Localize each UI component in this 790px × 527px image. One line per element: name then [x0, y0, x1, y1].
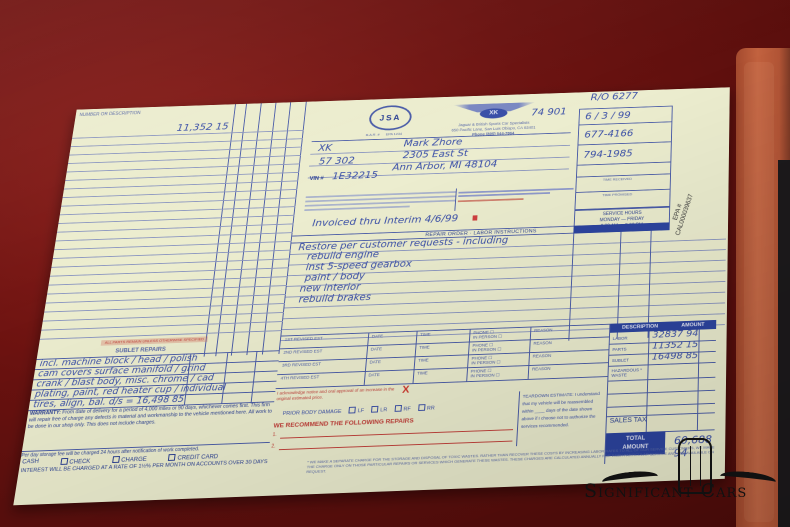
- estimate-authorization-box: [454, 184, 575, 211]
- parts-label: PARTS: [612, 347, 626, 352]
- sublet-repairs: ALL PARTS REMAIN UNLESS OTHERWISE SPECIF…: [28, 334, 281, 411]
- significant-cars-watermark: Significant Cars: [580, 464, 790, 524]
- sublet-amount: 16498 85: [652, 351, 698, 363]
- ledger-header: NUMBER OR DESCRIPTION: [79, 107, 246, 118]
- revised-estimates: 1ST REVISED EST DATE TIME PHONE ☐ IN PER…: [276, 324, 610, 389]
- in-person-checkbox[interactable]: IN PERSON ☐: [472, 347, 501, 354]
- damage-lf-checkbox[interactable]: LF: [343, 408, 365, 414]
- damage-rf-checkbox[interactable]: RF: [388, 407, 410, 413]
- labor-amount: 32837 94: [652, 329, 698, 341]
- in-person-checkbox[interactable]: IN PERSON ☐: [471, 360, 501, 367]
- phone-work: 794-1985: [583, 148, 633, 161]
- payment-check[interactable]: CHECK: [60, 457, 91, 466]
- signature-x-mark: X: [402, 384, 410, 395]
- xk-badge: XK: [479, 108, 507, 119]
- watermark-text: Significant Cars: [584, 480, 747, 502]
- xk-wing-logo: XK: [452, 100, 536, 121]
- vehicle-year-make: XK: [318, 142, 333, 153]
- ro-number: R/O 6277: [590, 90, 638, 102]
- in-person-checkbox[interactable]: IN PERSON ☐: [473, 334, 502, 341]
- parts-amount: 11352 15: [652, 340, 698, 352]
- hazardous-waste-label: HAZARDOUS * WASTE: [611, 367, 648, 378]
- repair-order-form: NUMBER OR DESCRIPTION 11,352 15 JSA B.A.…: [13, 87, 730, 505]
- sublet-title: SUBLET REPAIRS: [115, 347, 166, 354]
- damage-lr-checkbox[interactable]: LR: [365, 407, 387, 413]
- vin-value: 1E32215: [332, 169, 379, 182]
- vin-label: VIN #: [309, 176, 324, 182]
- red-marker: [472, 215, 477, 220]
- handwritten-shop-number: 74 901: [531, 106, 567, 118]
- phone-home: 677-4166: [584, 128, 633, 141]
- teardown-estimate: TEARDOWN ESTIMATE: I understand that my …: [516, 388, 607, 446]
- payment-charge[interactable]: CHARGE: [112, 455, 148, 464]
- time-promised-label: TIME PROMISED: [602, 192, 632, 197]
- damage-rr-checkbox[interactable]: RR: [412, 406, 435, 412]
- order-date: 6 / 3 / 99: [585, 110, 631, 122]
- date-phone-box: 6 / 3 / 99 677-4166 794-1985 TIME RECEIV…: [574, 106, 672, 211]
- authorization-fineprint: [304, 189, 456, 217]
- ledger-handwritten-total: 11,352 15: [176, 121, 229, 134]
- sales-tax-label: SALES TAX: [610, 417, 647, 425]
- payment-cash[interactable]: CASH: [21, 459, 39, 467]
- labor-label: LABOR: [613, 336, 628, 341]
- in-person-checkbox[interactable]: IN PERSON ☐: [470, 373, 500, 380]
- acknowledge-notice: I acknowledge notice and oral approval o…: [276, 387, 395, 403]
- parts-ledger: NUMBER OR DESCRIPTION 11,352 15: [36, 102, 307, 363]
- jsa-logo: JSA: [368, 105, 413, 131]
- time-received-label: TIME RECEIVED: [603, 176, 632, 181]
- vehicle-model: 57 302: [318, 155, 355, 167]
- jsa-subtext: B.A.R. # EPA 1234: [366, 131, 403, 136]
- labor-line: rebuild brakes: [298, 292, 371, 305]
- sublet-label: SUBLET: [612, 358, 629, 363]
